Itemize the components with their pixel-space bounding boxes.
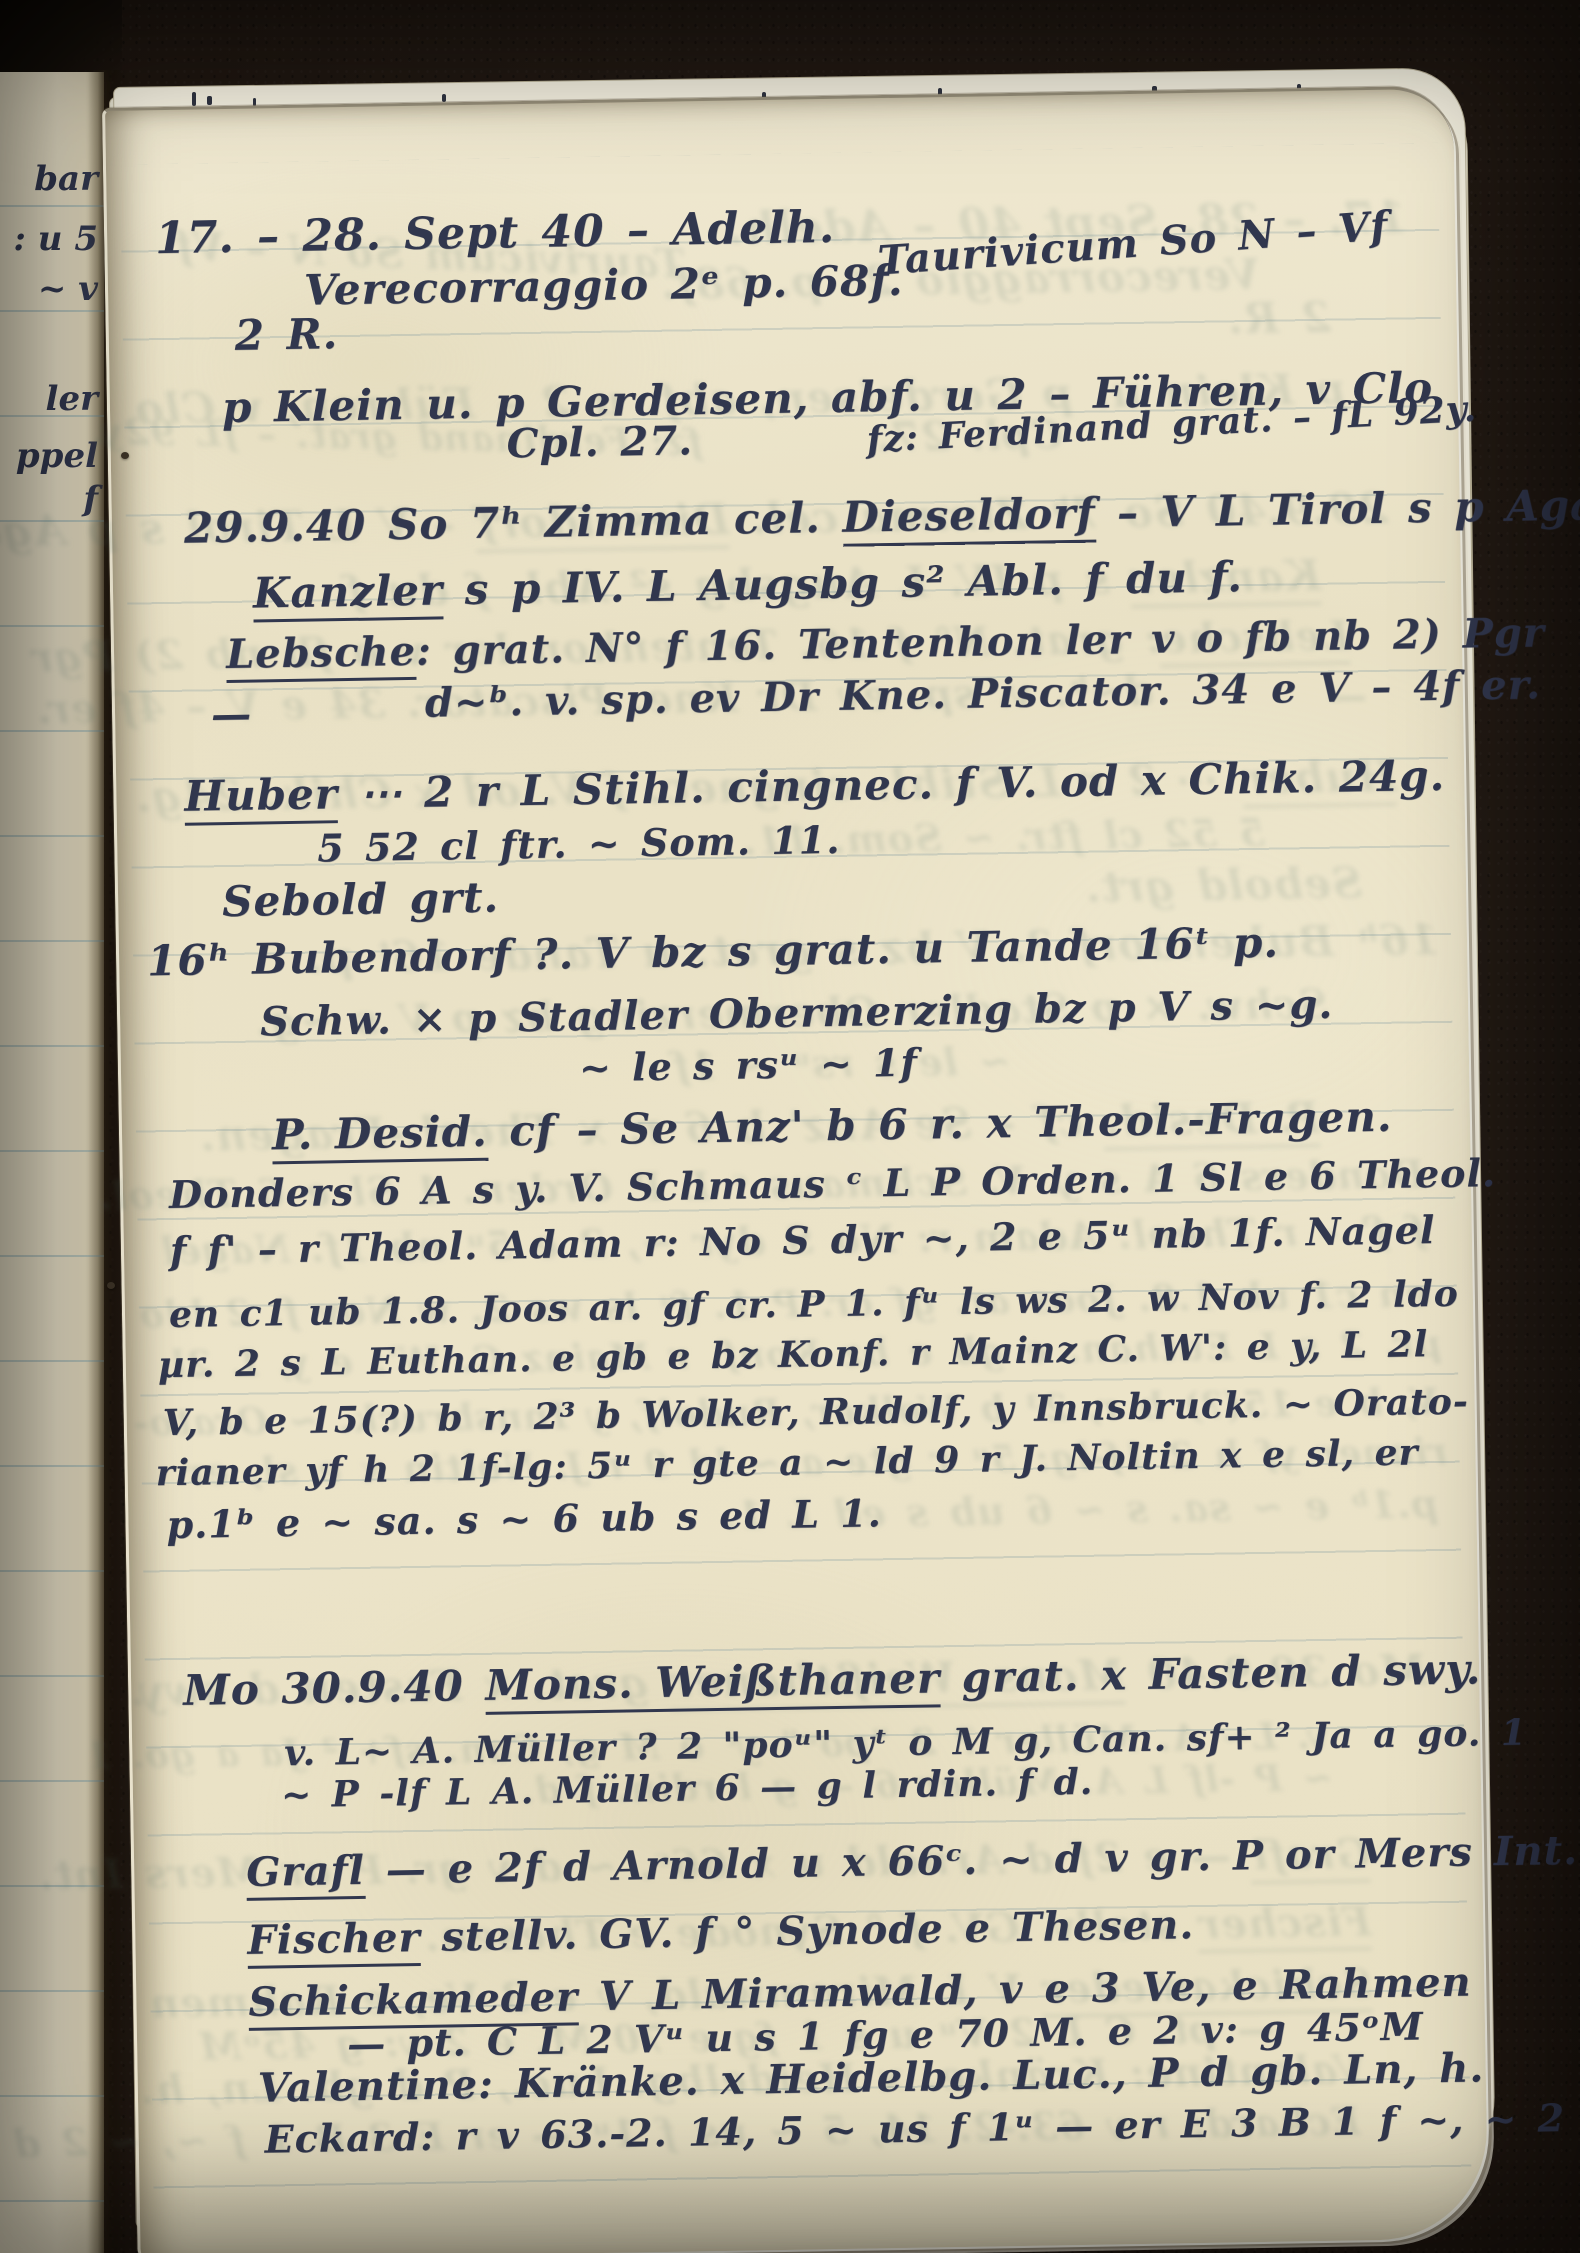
underlined-name: Lebsche xyxy=(226,628,417,683)
photo-stage: bar: u 5~ vlerppelf 17. – 28. Sept 40 – … xyxy=(0,0,1580,2253)
binding-stitch xyxy=(107,1282,115,1289)
notebook-page: 17. – 28. Sept 40 – Adelh.Taurivicum So … xyxy=(102,86,1489,2253)
handwriting-line: Huber ⋯ 2 r L Stihl. cingnec. f V. od x … xyxy=(184,755,1445,818)
underlined-name: Kanzler xyxy=(253,565,444,622)
binding-stitch xyxy=(121,452,129,459)
handwriting-line: 2 R. xyxy=(234,313,338,357)
handwriting-line: Taurivicum So N – Vf xyxy=(877,206,1390,281)
page-edge-ink-tick xyxy=(192,92,196,106)
underlined-name: Grafl xyxy=(246,1847,365,1901)
handwriting-line: f f' – r Theol. Adam r: No S dyr ~, 2 e … xyxy=(170,1211,1436,1270)
handwriting-line: V, b e 15(?) b r, 2³ b Wolker, Rudolf, y… xyxy=(163,1384,1469,1442)
underlined-name: Dieseldorf xyxy=(842,489,1096,547)
handwriting-line: ~ le s rsᵘ ~ 1f xyxy=(579,1044,918,1088)
facing-page-word-fragment: : u 5 xyxy=(13,222,98,256)
handwriting-line: v. L~ A. Müller ? 2 "poᵘ" yᵗ o M g, Can.… xyxy=(284,1715,1527,1772)
page-edge-ink-tick xyxy=(442,94,446,102)
handwriting-line: Donders 6 A s y. V. Schmaus ᶜ L P Orden.… xyxy=(169,1154,1497,1214)
handwriting-line: Verecorraggio 2ᵉ p. 68f. xyxy=(304,260,904,312)
handwriting-line: d~ᵇ. v. sp. ev Dr Kne. Piscator. 34 e V … xyxy=(425,665,1542,724)
handwriting-line: Mo 30.9.40 Mons. Weißthaner grat. x Fast… xyxy=(183,1648,1482,1712)
underlined-name: Huber xyxy=(184,769,338,826)
handwriting-line: 16ʰ Bubendorf ?. V bz s grat. u Tande 16… xyxy=(147,922,1279,983)
handwriting-line: Kanzler s p IV. L Augsbg s² Abl. f du f. xyxy=(253,556,1243,614)
handwriting-line: Sebold grt. xyxy=(222,877,500,924)
handwriting-line: — xyxy=(211,695,253,736)
handwriting-line: Grafl — e 2f d Arnold u x 66ᶜ. ~ d v gr.… xyxy=(246,1831,1578,1893)
page-edge-ink-tick xyxy=(207,96,212,105)
handwriting-line: Cpl. 27. xyxy=(506,421,693,464)
handwriting-line: P. Desid. cf – Se Anz' b 6 r. x Theol.-F… xyxy=(272,1096,1393,1157)
facing-page-word-fragment: ppel xyxy=(16,439,98,473)
handwriting-line: en c1 ub 1.8. Joos ar. gf cr. P 1. fᵘ ls… xyxy=(169,1276,1459,1333)
handwriting-line: 29.9.40 So 7ʰ Zimma cel. Dieseldorf – V … xyxy=(184,483,1580,550)
handwriting-line: 5 52 cl ftr. ~ Som. 11. xyxy=(317,821,841,868)
handwriting-line: Schw. × p Stadler Obermerzing bz p V s ~… xyxy=(260,985,1334,1043)
underlined-name: Mons. Weißthaner xyxy=(485,1653,941,1715)
underlined-name: P. Desid. xyxy=(272,1107,488,1165)
handwriting-line: µr. 2 s L Euthan. e gb e bz Konf. r Main… xyxy=(158,1326,1429,1383)
handwriting-line: 17. – 28. Sept 40 – Adelh. xyxy=(155,206,836,261)
handwriting-layer: 17. – 28. Sept 40 – Adelh.Taurivicum So … xyxy=(105,89,1488,2253)
handwriting-line: rianer yf h 2 1f-lg: 5ᵘ r gte a ~ ld 9 r… xyxy=(155,1434,1418,1491)
handwriting-line: p.1ᵇ e ~ sa. s ~ 6 ub s ed L 1. xyxy=(166,1494,882,1544)
handwriting-line: Fischer stellv. GV. f ° Synode e Thesen. xyxy=(247,1905,1194,1961)
underlined-name: Fischer xyxy=(247,1914,421,1969)
